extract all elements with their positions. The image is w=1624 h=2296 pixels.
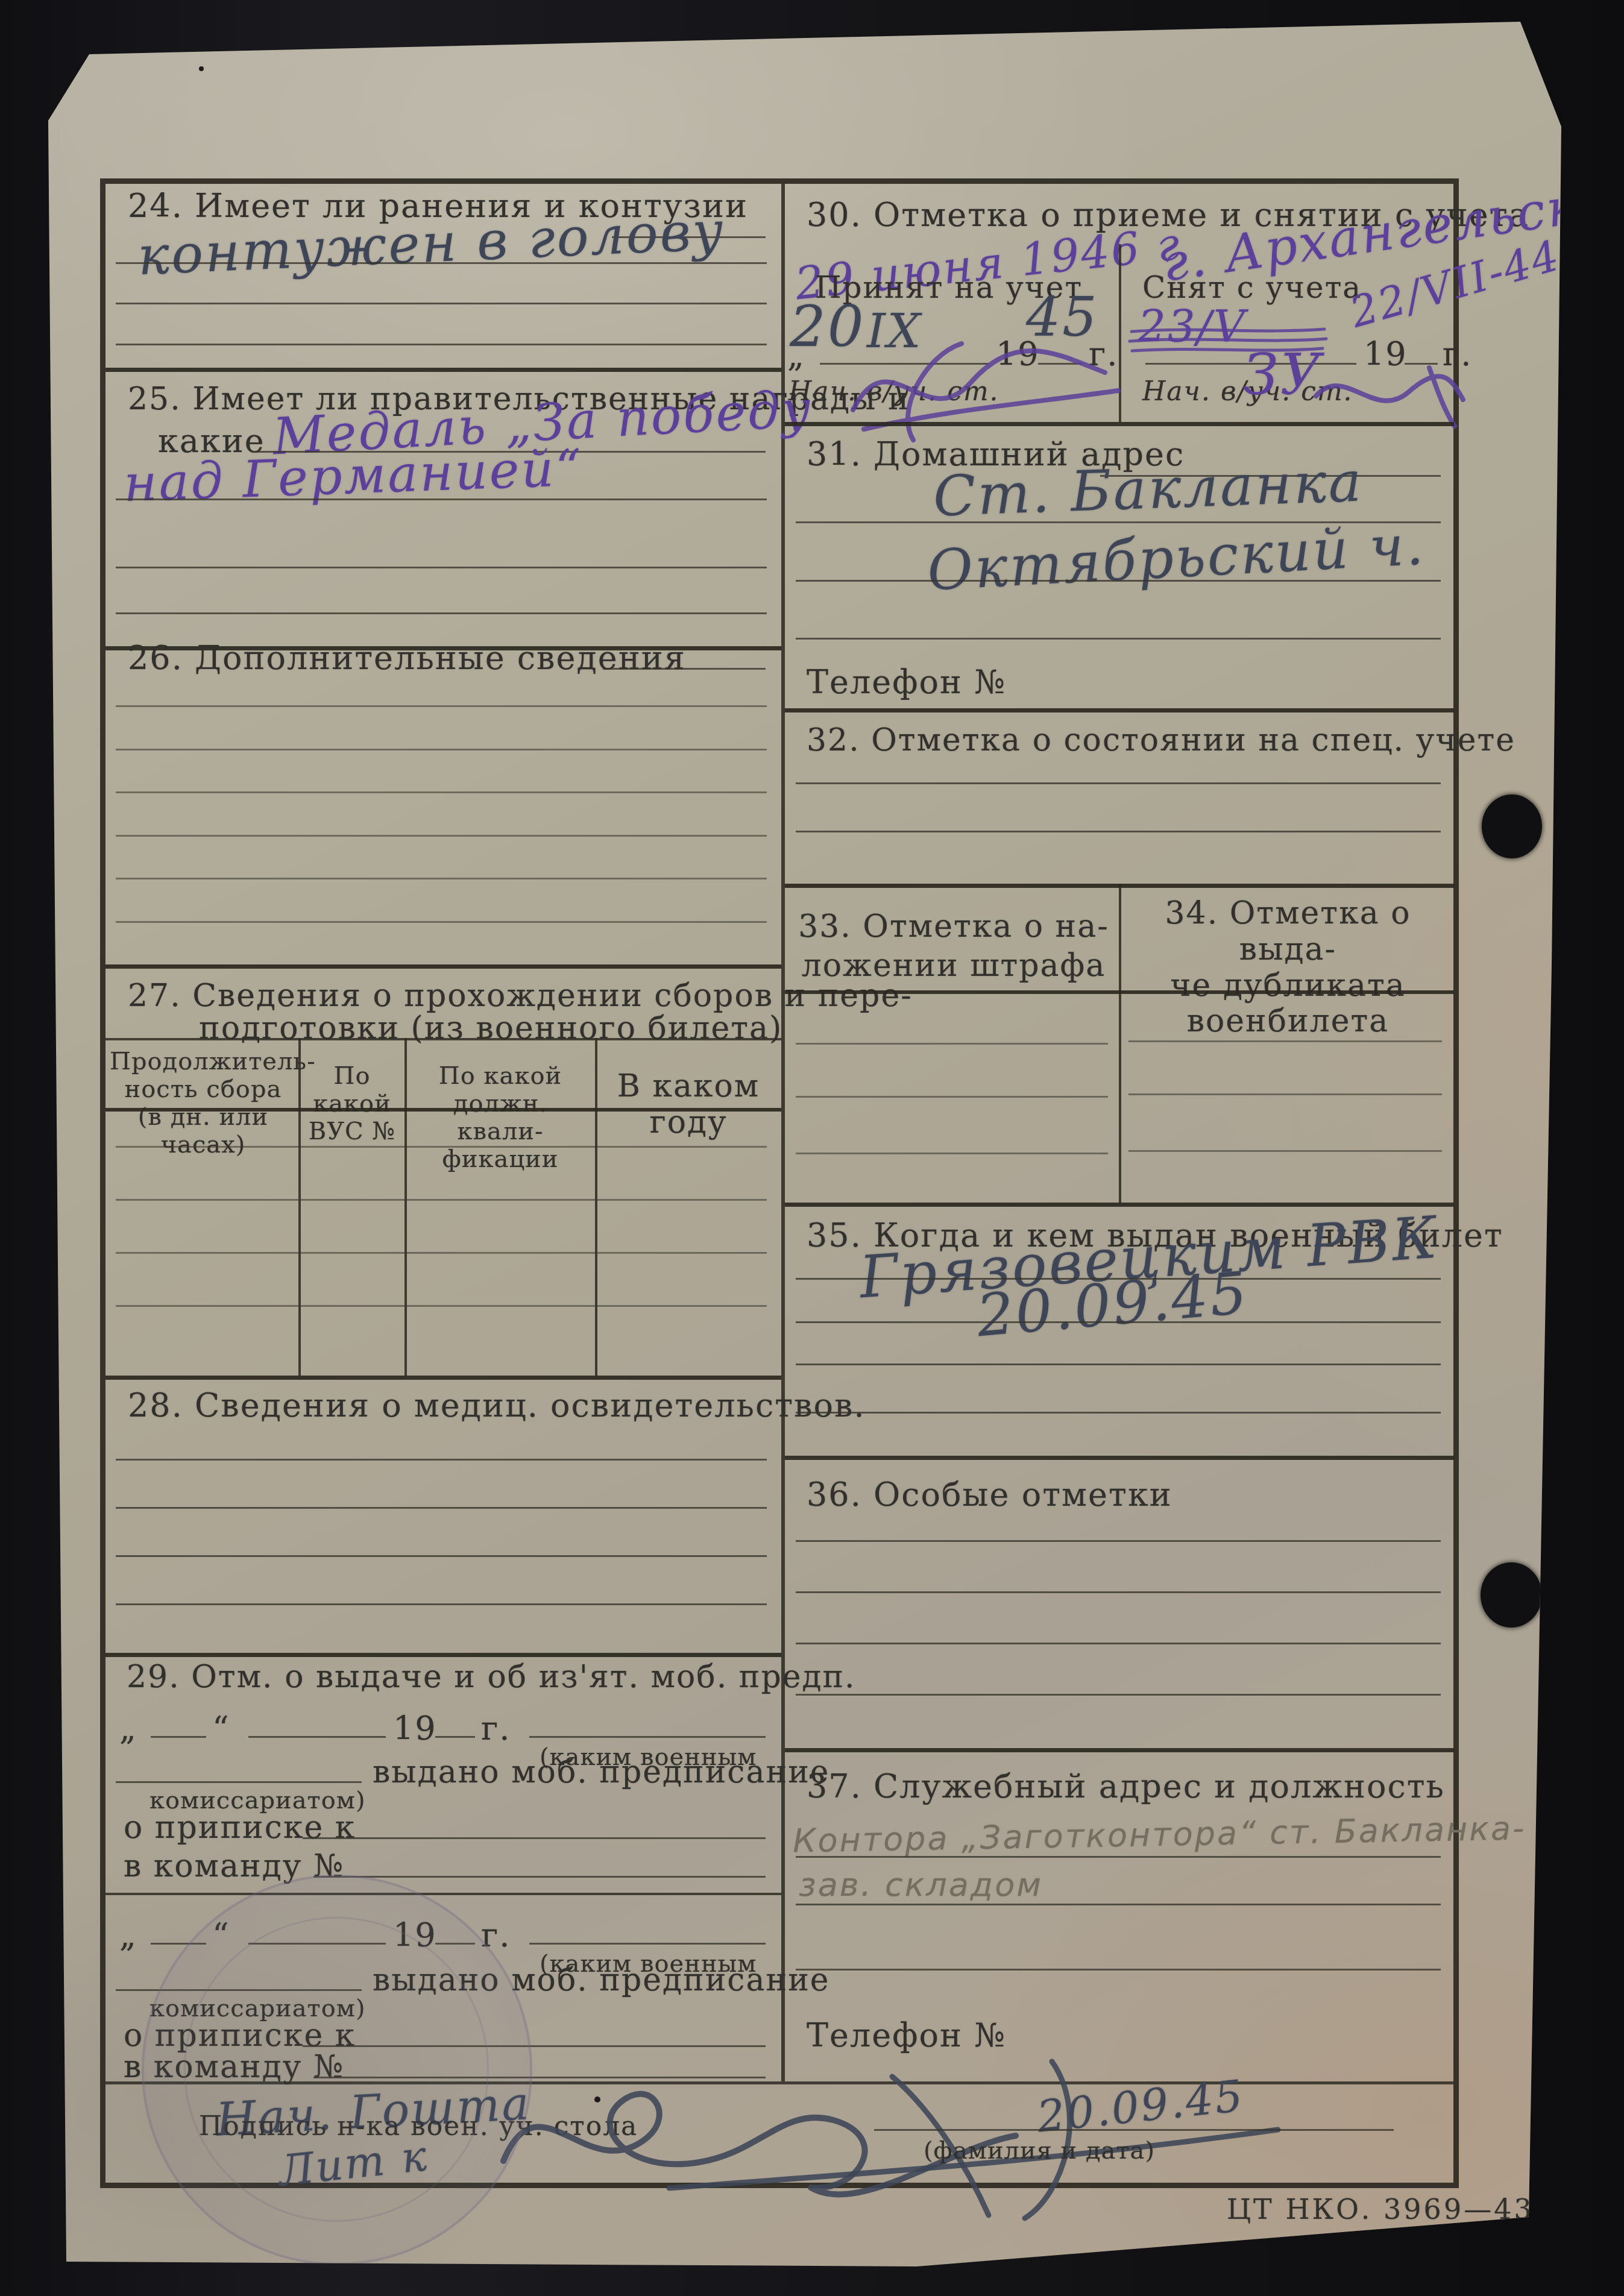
dirt-speck xyxy=(594,2096,600,2103)
col-header-qualification: По какойдолжн. квали-фикации xyxy=(408,1062,593,1173)
ruled-line xyxy=(796,1363,1441,1365)
ruled-line xyxy=(796,831,1441,832)
section-32-label: 32. Отметка о состоянии на спец. учете xyxy=(807,722,1515,758)
col-header-year: В какомгоду xyxy=(598,1068,779,1140)
ruled-line xyxy=(796,1969,1441,1970)
punch-hole xyxy=(1481,1562,1542,1628)
dirt-speck xyxy=(1577,1996,1584,2002)
ruled-line xyxy=(796,1643,1441,1644)
round-stamp-inner xyxy=(184,1917,489,2222)
ruled-line xyxy=(796,1694,1441,1696)
blank-line xyxy=(529,1736,766,1738)
section-divider xyxy=(785,1203,1454,1207)
ruled-line xyxy=(116,705,767,707)
punch-hole xyxy=(1482,794,1542,858)
signature-accept xyxy=(841,319,1124,446)
table-row-line xyxy=(116,1305,767,1307)
dirt-speck xyxy=(199,66,204,71)
pripiska-label: о приписке к xyxy=(124,1810,356,1846)
ruled-line xyxy=(796,1540,1441,1542)
table-row-line xyxy=(116,1146,767,1148)
ruled-line xyxy=(796,1904,1441,1905)
subcolumn-divider xyxy=(1119,884,1121,1203)
ruled-line xyxy=(796,1412,1441,1414)
section-divider xyxy=(105,368,781,372)
section-29-label: 29. Отм. о выдаче и об из'ят. моб. предп… xyxy=(127,1659,856,1695)
ruled-line xyxy=(116,878,767,879)
phone-label: Телефон № xyxy=(807,663,1006,701)
ruled-line xyxy=(796,1591,1441,1593)
ruled-line xyxy=(116,303,767,304)
scan-scene: 24. Имеет ли ранения и контузии контужен… xyxy=(0,0,1624,2296)
section-34-label: 34. Отметка о выда-че дубликатавоенбилет… xyxy=(1124,896,1452,1040)
ruled-line xyxy=(116,1603,767,1605)
section-33-label: 33. Отметка о на-ложении штрафа xyxy=(791,907,1116,986)
table-header-underline xyxy=(785,990,1454,994)
table-row-line xyxy=(796,1153,1108,1154)
ruled-line xyxy=(796,1856,1441,1858)
section-divider xyxy=(105,1376,781,1380)
section-divider xyxy=(785,1456,1454,1460)
table-row-line xyxy=(116,1199,767,1201)
name-date-caption: (фамилия и дата) xyxy=(924,2137,1155,2165)
section-37-label: 37. Служебный адрес и должность xyxy=(807,1767,1445,1805)
table-row-line xyxy=(116,1252,767,1254)
section-27-label-2: подготовки (из военного билета) xyxy=(199,1010,782,1046)
quote-mark: “ xyxy=(212,1709,230,1747)
ruled-line xyxy=(116,499,767,500)
table-column-line xyxy=(404,1038,407,1376)
table-row-line xyxy=(796,1043,1108,1045)
table-header-underline xyxy=(105,1108,781,1112)
ruled-line xyxy=(603,668,766,670)
ruled-line xyxy=(116,567,767,568)
ruled-line xyxy=(796,1321,1441,1323)
table-row-line xyxy=(1128,1093,1442,1095)
blank-line xyxy=(529,1943,766,1945)
issued-label: выдано моб. предписание xyxy=(373,1754,830,1790)
section-divider xyxy=(105,1653,781,1657)
ruled-line xyxy=(116,612,767,614)
section-divider xyxy=(105,964,781,969)
year-suffix: г. xyxy=(481,1709,511,1747)
table-row-line xyxy=(796,1096,1108,1098)
ruled-line xyxy=(116,1555,767,1557)
section-divider xyxy=(785,1748,1454,1752)
blank-line xyxy=(435,1736,475,1738)
quote-mark: „ xyxy=(119,1916,137,1954)
col-header-duration: Продолжитель-ность сбора (в дн. иличасах… xyxy=(110,1048,297,1159)
ruled-line xyxy=(116,1507,767,1509)
blank-line xyxy=(303,1837,766,1839)
blank-line xyxy=(116,1781,362,1783)
year-prefix: 19 xyxy=(393,1709,437,1747)
col-header-vus: ПокакойВУС № xyxy=(301,1062,403,1145)
signature-line xyxy=(874,2129,1394,2131)
section-divider xyxy=(785,422,1454,426)
section-36-label: 36. Особые отметки xyxy=(807,1476,1172,1514)
quote-mark: „ xyxy=(787,336,805,374)
table-column-line xyxy=(595,1038,597,1376)
section-divider xyxy=(785,708,1454,712)
signature-main xyxy=(470,2040,1314,2221)
center-divider xyxy=(781,184,785,2081)
ruled-line xyxy=(116,835,767,837)
block-divider xyxy=(105,1893,781,1895)
document-page: 24. Имеет ли ранения и контузии контужен… xyxy=(0,0,1624,2296)
ruled-line xyxy=(116,262,767,264)
ruled-line xyxy=(796,782,1441,784)
table-row-line xyxy=(1128,1040,1442,1042)
quote-mark: „ xyxy=(119,1709,137,1747)
ruled-line xyxy=(116,1459,767,1461)
ruled-line xyxy=(116,791,767,793)
form-code: ЦТ НКО. 3969—43 xyxy=(1227,2193,1534,2225)
section-26-label: 26. Дополнительные сведения xyxy=(128,639,686,677)
table-header-top-line xyxy=(105,1038,781,1040)
blank-line xyxy=(313,1876,766,1878)
section-37-handwriting-2: зав. складом xyxy=(799,1866,1043,1904)
ruled-line xyxy=(796,638,1441,640)
ruled-line xyxy=(116,749,767,750)
removed-label: Снят с учета xyxy=(1142,270,1362,305)
ruled-line xyxy=(116,344,767,345)
blank-line xyxy=(248,1736,386,1738)
table-column-line xyxy=(298,1038,301,1376)
ruled-line xyxy=(796,580,1441,582)
section-28-label: 28. Сведения о медиц. освидетельствов. xyxy=(128,1386,866,1424)
table-row-line xyxy=(1128,1150,1442,1152)
ruled-line xyxy=(116,921,767,923)
blank-line xyxy=(151,1736,206,1738)
